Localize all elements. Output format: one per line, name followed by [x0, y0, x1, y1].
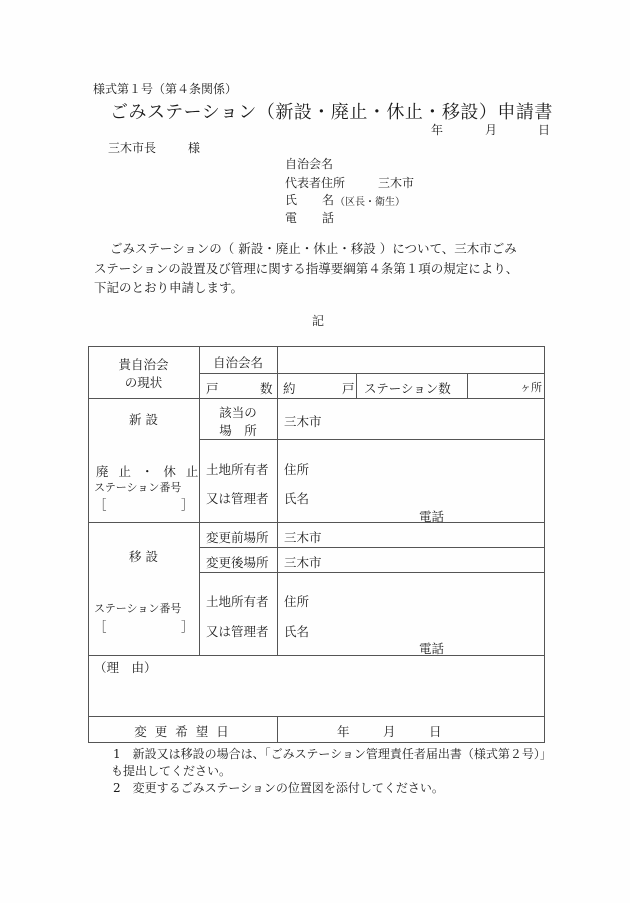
location-input[interactable] [318, 399, 544, 439]
note-2: 2 変更するごみステーションの位置図を添付してください。 [113, 779, 444, 796]
location-label-2: 場 所 [199, 421, 277, 439]
association-name-input[interactable] [278, 347, 544, 373]
body-line-1: ごみステーションの（ 新設・廃止・休止・移設 ）について、三木市ごみ [110, 239, 517, 257]
table-border-left [88, 346, 89, 743]
owner-address-label-2: 住所 [284, 592, 309, 610]
location-label-1: 該当の [199, 403, 277, 421]
approx-label: 約 [283, 379, 296, 397]
owner-phone-input-2[interactable] [448, 637, 540, 653]
rep-address-value: 三木市 [378, 174, 414, 191]
body-line-3: 下記のとおり申請します。 [94, 278, 243, 296]
owner-address-label-1: 住所 [284, 460, 309, 478]
desired-date-label: 変 更 希 望 日 [88, 722, 277, 740]
station-no-input-1[interactable] [108, 494, 178, 512]
col-divider-3 [356, 373, 357, 398]
col-divider-2 [277, 346, 278, 655]
note-1-line-2: も提出してください。 [111, 762, 231, 779]
before-location-input[interactable] [318, 523, 544, 547]
name-note: （区長・衛生） [335, 193, 405, 208]
addressee-name: 三木市長 [108, 139, 156, 156]
ki-heading: 記 [312, 312, 324, 329]
col-divider-1 [199, 346, 200, 655]
addressee-honorific: 様 [188, 139, 200, 156]
owner-phone-input-1[interactable] [448, 505, 540, 521]
association-name-cell-label: 自治会名 [199, 353, 277, 371]
form-number: 様式第１号（第４条関係） [93, 80, 237, 97]
table-border-right [544, 346, 545, 743]
owner-name-label-1: 氏名 [284, 489, 309, 507]
rep-address-label: 代表者住所 [285, 174, 345, 191]
after-location-label: 変更後場所 [206, 553, 269, 571]
owner-label-1b: 又は管理者 [206, 489, 269, 507]
abolish-label: 廃 止 ・ 休 止 [96, 462, 201, 480]
station-no-input-2[interactable] [108, 616, 178, 634]
station-count-label: ステーション数 [364, 379, 451, 397]
phone-label-1: 電 [285, 209, 297, 226]
after-location-input[interactable] [318, 548, 544, 572]
bracket-close-2: ］ [181, 617, 194, 635]
new-label: 新 設 [88, 410, 199, 428]
station-no-label-1: ステーション番号 [94, 479, 181, 495]
relocate-label: 移 設 [88, 547, 199, 565]
owner-address-input-1[interactable] [310, 454, 540, 476]
row-divider-3 [199, 439, 545, 440]
bracket-open-1: ［ [94, 495, 107, 513]
location-value: 三木市 [284, 412, 322, 430]
table-border-bottom [88, 742, 545, 743]
households-input[interactable] [298, 374, 342, 398]
bracket-open-2: ［ [94, 617, 107, 635]
row-divider-7 [88, 655, 545, 656]
reason-input[interactable] [90, 674, 542, 714]
note-1-line-1: 1 新設又は移設の場合は、「ごみステーション管理責任者届出書（様式第２号）」 [113, 745, 552, 762]
station-no-label-2: ステーション番号 [94, 600, 181, 616]
bracket-close-1: ］ [181, 495, 194, 513]
body-line-2: ステーションの設置及び管理に関する指導要綱第４条第１項の規定により、 [94, 259, 518, 277]
status-header-1: 貴自治会 [88, 355, 199, 373]
after-location-value: 三木市 [284, 553, 322, 571]
station-count-unit: ヶ所 [520, 379, 542, 395]
owner-label-2a: 土地所有者 [206, 592, 269, 610]
before-location-value: 三木市 [284, 528, 322, 546]
date-day-label: 日 [538, 121, 550, 138]
households-label-2: 数 [260, 379, 273, 397]
row-divider-6 [199, 572, 545, 573]
phone-label-2: 話 [322, 209, 334, 226]
station-count-input[interactable] [468, 374, 518, 398]
owner-label-2b: 又は管理者 [206, 622, 269, 640]
association-name-label: 自治会名 [285, 155, 333, 172]
application-table: 貴自治会 の現状 自治会名 戸 数 約 戸 ステーション数 ヶ所 新 設 該当の… [88, 346, 545, 743]
date-year-label: 年 [431, 121, 443, 138]
owner-name-input-1[interactable] [310, 482, 540, 504]
owner-name-input-2[interactable] [310, 615, 540, 637]
before-location-label: 変更前場所 [206, 528, 269, 546]
date-month-label: 月 [485, 121, 497, 138]
status-header-2: の現状 [88, 373, 199, 391]
name-label-1: 氏 [285, 191, 297, 208]
desired-date-input[interactable] [278, 717, 544, 742]
owner-address-input-2[interactable] [310, 586, 540, 608]
owner-phone-label-2: 電話 [419, 639, 444, 657]
household-unit: 戸 [342, 379, 355, 397]
households-label-1: 戸 [206, 379, 219, 397]
owner-name-label-2: 氏名 [284, 622, 309, 640]
name-label-2: 名 [322, 191, 334, 208]
owner-label-1a: 土地所有者 [206, 460, 269, 478]
